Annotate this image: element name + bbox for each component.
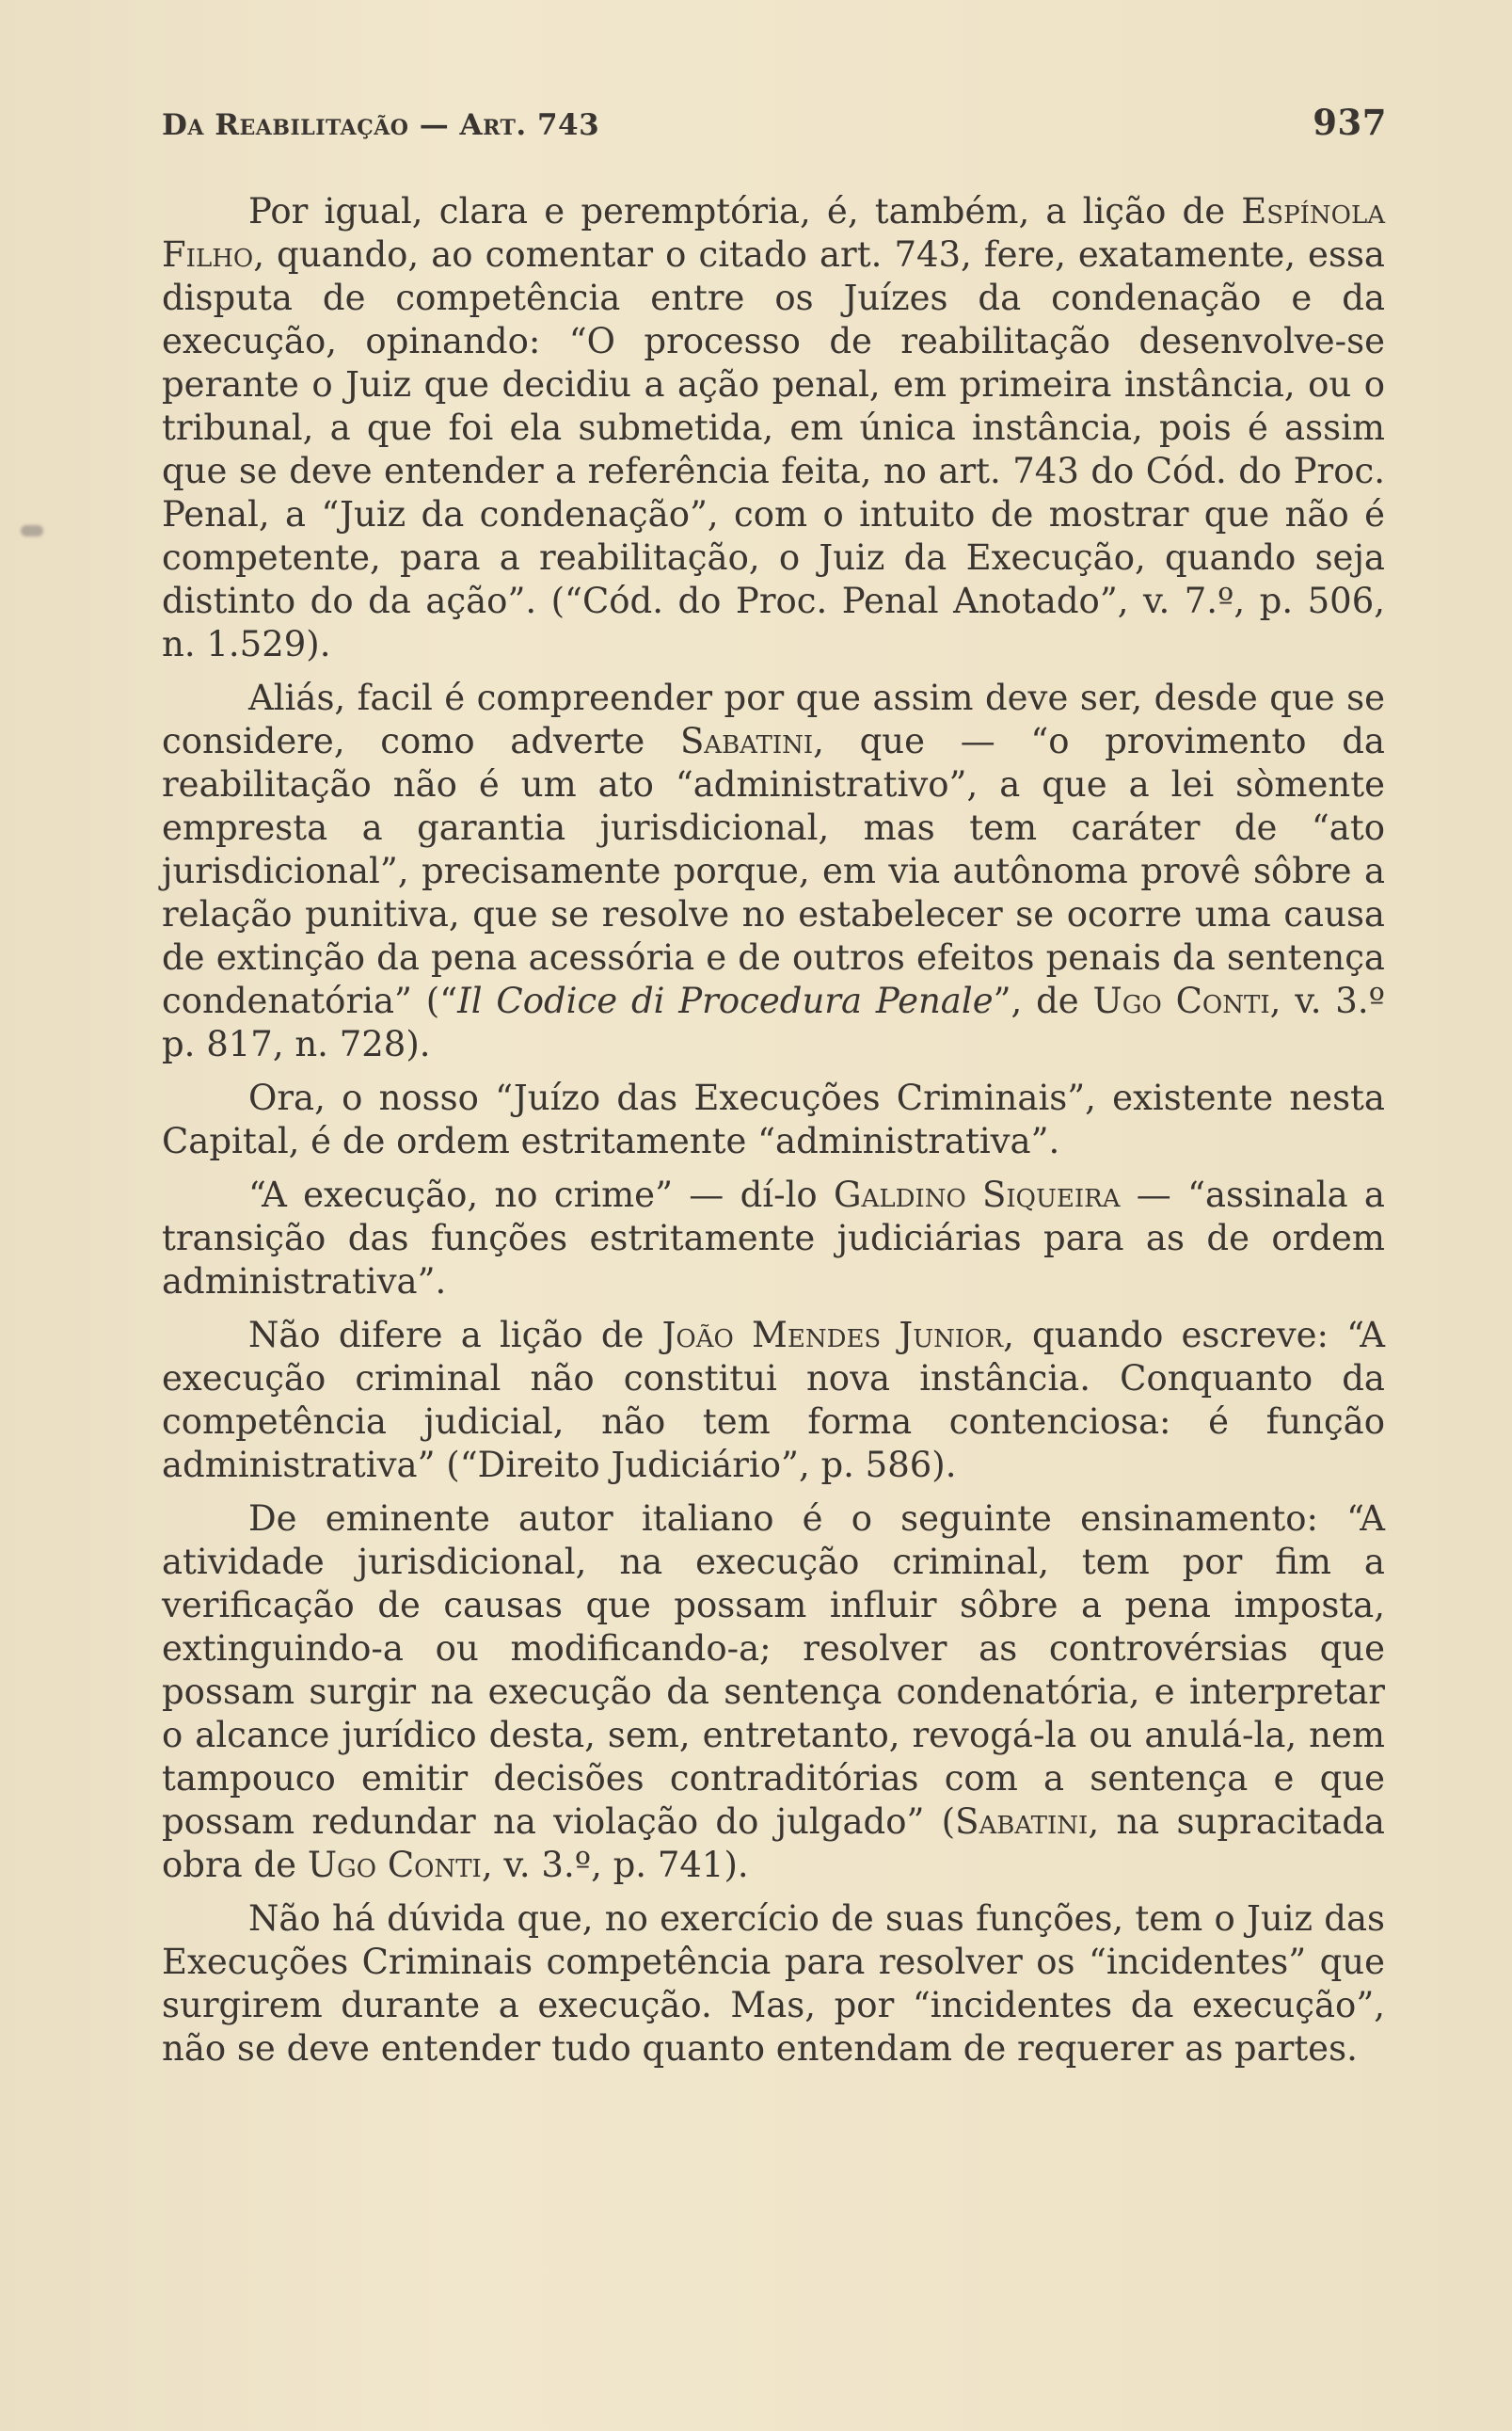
text-run: Por igual, clara e peremptória, é, també…	[248, 191, 1241, 232]
author-name: Ugo Conti	[1093, 981, 1270, 1021]
running-title: Da Reabilitação — Art. 743	[162, 108, 599, 142]
text-run: , quando, ao comentar o citado art. 743,…	[162, 234, 1385, 664]
paragraph: Ora, o nosso “Juízo das Execuções Crimin…	[162, 1077, 1385, 1163]
text-run: “A execução, no crime” — dí-lo	[248, 1175, 834, 1215]
margin-smudge	[21, 525, 43, 536]
page-number: 937	[1313, 102, 1387, 143]
author-name: João Mendes Junior	[662, 1315, 1003, 1355]
text-run: Ora, o nosso “Juízo das Execuções Crimin…	[162, 1078, 1385, 1161]
author-name: Sabatini	[680, 721, 813, 761]
book-page: Da Reabilitação — Art. 743 937 Por igual…	[162, 102, 1385, 2081]
author-name: Sabatini	[955, 1801, 1088, 1842]
text-run: Não difere a lição de	[248, 1315, 662, 1355]
paragraph: De eminente autor italiano é o seguinte …	[162, 1497, 1385, 1887]
paragraph: Não difere a lição de João Mendes Junior…	[162, 1314, 1385, 1487]
text-run: De eminente autor italiano é o seguinte …	[162, 1498, 1385, 1842]
running-head: Da Reabilitação — Art. 743 937	[162, 102, 1385, 143]
paragraph: “A execução, no crime” — dí-lo Galdino S…	[162, 1174, 1385, 1303]
paragraph: Aliás, facil é compreender por que assim…	[162, 677, 1385, 1066]
paragraph: Por igual, clara e peremptória, é, també…	[162, 190, 1385, 666]
text-run: , que — “o provimento da reabilitação nã…	[162, 721, 1385, 1021]
author-name: Galdino Siqueira	[834, 1175, 1121, 1215]
text-run: ”, de	[994, 981, 1093, 1021]
body-text: Por igual, clara e peremptória, é, també…	[162, 190, 1385, 2071]
work-title: Il Codice di Procedura Penale	[457, 981, 993, 1021]
text-run: , v. 3.º, p. 741).	[482, 1845, 749, 1885]
paragraph: Não há dúvida que, no exercício de suas …	[162, 1897, 1385, 2071]
text-run: Não há dúvida que, no exercício de suas …	[162, 1898, 1385, 2069]
author-name: Ugo Conti	[308, 1845, 482, 1885]
